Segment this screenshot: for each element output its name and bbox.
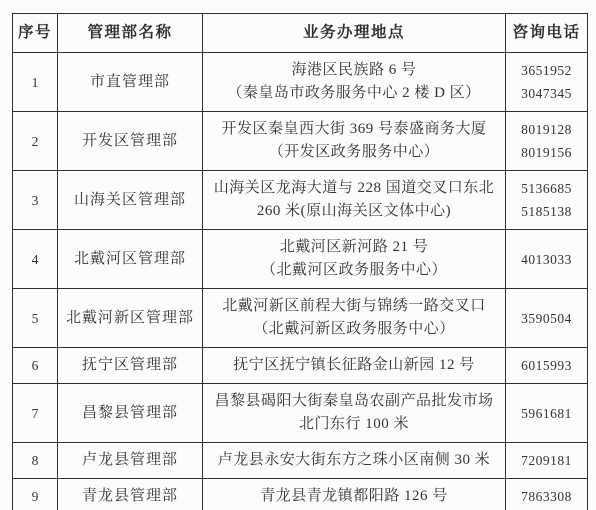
phone-cell: 6015993 [506, 348, 588, 384]
department-name-cell: 开发区管理部 [58, 112, 203, 171]
service-location-cell: 昌黎县碣阳大街秦皇岛农副产品批发市场 北门东行 100 米 [203, 384, 506, 443]
phone-cell: 8019128 8019156 [506, 112, 588, 171]
table-row: 7昌黎县管理部昌黎县碣阳大街秦皇岛农副产品批发市场 北门东行 100 米5961… [13, 384, 588, 443]
row-number-cell: 6 [13, 348, 58, 384]
table-row: 5北戴河新区管理部北戴河新区前程大街与锦绣一路交叉口 （北戴河新区政务服务中心）… [13, 289, 588, 348]
column-header-phone: 咨询电话 [506, 14, 588, 53]
department-name-cell: 卢龙县管理部 [58, 443, 203, 479]
service-location-cell: 山海关区龙海大道与 228 国道交叉口东北 260 米(原山海关区文体中心) [203, 171, 506, 230]
table-row: 8卢龙县管理部卢龙县永安大街东方之珠小区南侧 30 米7209181 [13, 443, 588, 479]
row-number-cell: 7 [13, 384, 58, 443]
department-name-cell: 抚宁区管理部 [58, 348, 203, 384]
header-row: 序号 管理部名称 业务办理地点 咨询电话 [13, 14, 588, 53]
row-number-cell: 3 [13, 171, 58, 230]
department-name-cell: 青龙县管理部 [58, 479, 203, 510]
column-header-no: 序号 [13, 14, 58, 53]
table-row: 6抚宁区管理部抚宁区抚宁镇长征路金山新园 12 号6015993 [13, 348, 588, 384]
service-location-cell: 开发区秦皇西大街 369 号泰盛商务大厦 （开发区政务服务中心） [203, 112, 506, 171]
service-location-cell: 海港区民族路 6 号 （秦皇岛市政务服务中心 2 楼 D 区） [203, 53, 506, 112]
page: 序号 管理部名称 业务办理地点 咨询电话 1市直管理部海港区民族路 6 号 （秦… [0, 0, 596, 510]
phone-cell: 7209181 [506, 443, 588, 479]
row-number-cell: 8 [13, 443, 58, 479]
department-name-cell: 市直管理部 [58, 53, 203, 112]
phone-cell: 7863308 [506, 479, 588, 510]
phone-cell: 5136685 5185138 [506, 171, 588, 230]
column-header-service-location: 业务办理地点 [203, 14, 506, 53]
phone-cell: 5961681 [506, 384, 588, 443]
service-location-cell: 青龙县青龙镇都阳路 126 号 [203, 479, 506, 510]
service-location-cell: 北戴河新区前程大街与锦绣一路交叉口 （北戴河新区政务服务中心） [203, 289, 506, 348]
phone-cell: 4013033 [506, 230, 588, 289]
column-header-department-name: 管理部名称 [58, 14, 203, 53]
table-row: 1市直管理部海港区民族路 6 号 （秦皇岛市政务服务中心 2 楼 D 区）365… [13, 53, 588, 112]
department-name-cell: 北戴河新区管理部 [58, 289, 203, 348]
row-number-cell: 4 [13, 230, 58, 289]
department-name-cell: 昌黎县管理部 [58, 384, 203, 443]
department-name-cell: 山海关区管理部 [58, 171, 203, 230]
service-location-cell: 卢龙县永安大街东方之珠小区南侧 30 米 [203, 443, 506, 479]
department-name-cell: 北戴河区管理部 [58, 230, 203, 289]
service-location-cell: 北戴河区新河路 21 号 （北戴河区政务服务中心） [203, 230, 506, 289]
service-location-cell: 抚宁区抚宁镇长征路金山新园 12 号 [203, 348, 506, 384]
row-number-cell: 1 [13, 53, 58, 112]
phone-cell: 3590504 [506, 289, 588, 348]
table-row: 4北戴河区管理部北戴河区新河路 21 号 （北戴河区政务服务中心）4013033 [13, 230, 588, 289]
table-row: 2开发区管理部开发区秦皇西大街 369 号泰盛商务大厦 （开发区政务服务中心）8… [13, 112, 588, 171]
table-body: 1市直管理部海港区民族路 6 号 （秦皇岛市政务服务中心 2 楼 D 区）365… [13, 53, 588, 510]
row-number-cell: 5 [13, 289, 58, 348]
table-row: 9青龙县管理部青龙县青龙镇都阳路 126 号7863308 [13, 479, 588, 510]
table-row: 3山海关区管理部山海关区龙海大道与 228 国道交叉口东北 260 米(原山海关… [13, 171, 588, 230]
row-number-cell: 9 [13, 479, 58, 510]
phone-cell: 3651952 3047345 [506, 53, 588, 112]
department-contact-table: 序号 管理部名称 业务办理地点 咨询电话 1市直管理部海港区民族路 6 号 （秦… [12, 13, 588, 510]
row-number-cell: 2 [13, 112, 58, 171]
